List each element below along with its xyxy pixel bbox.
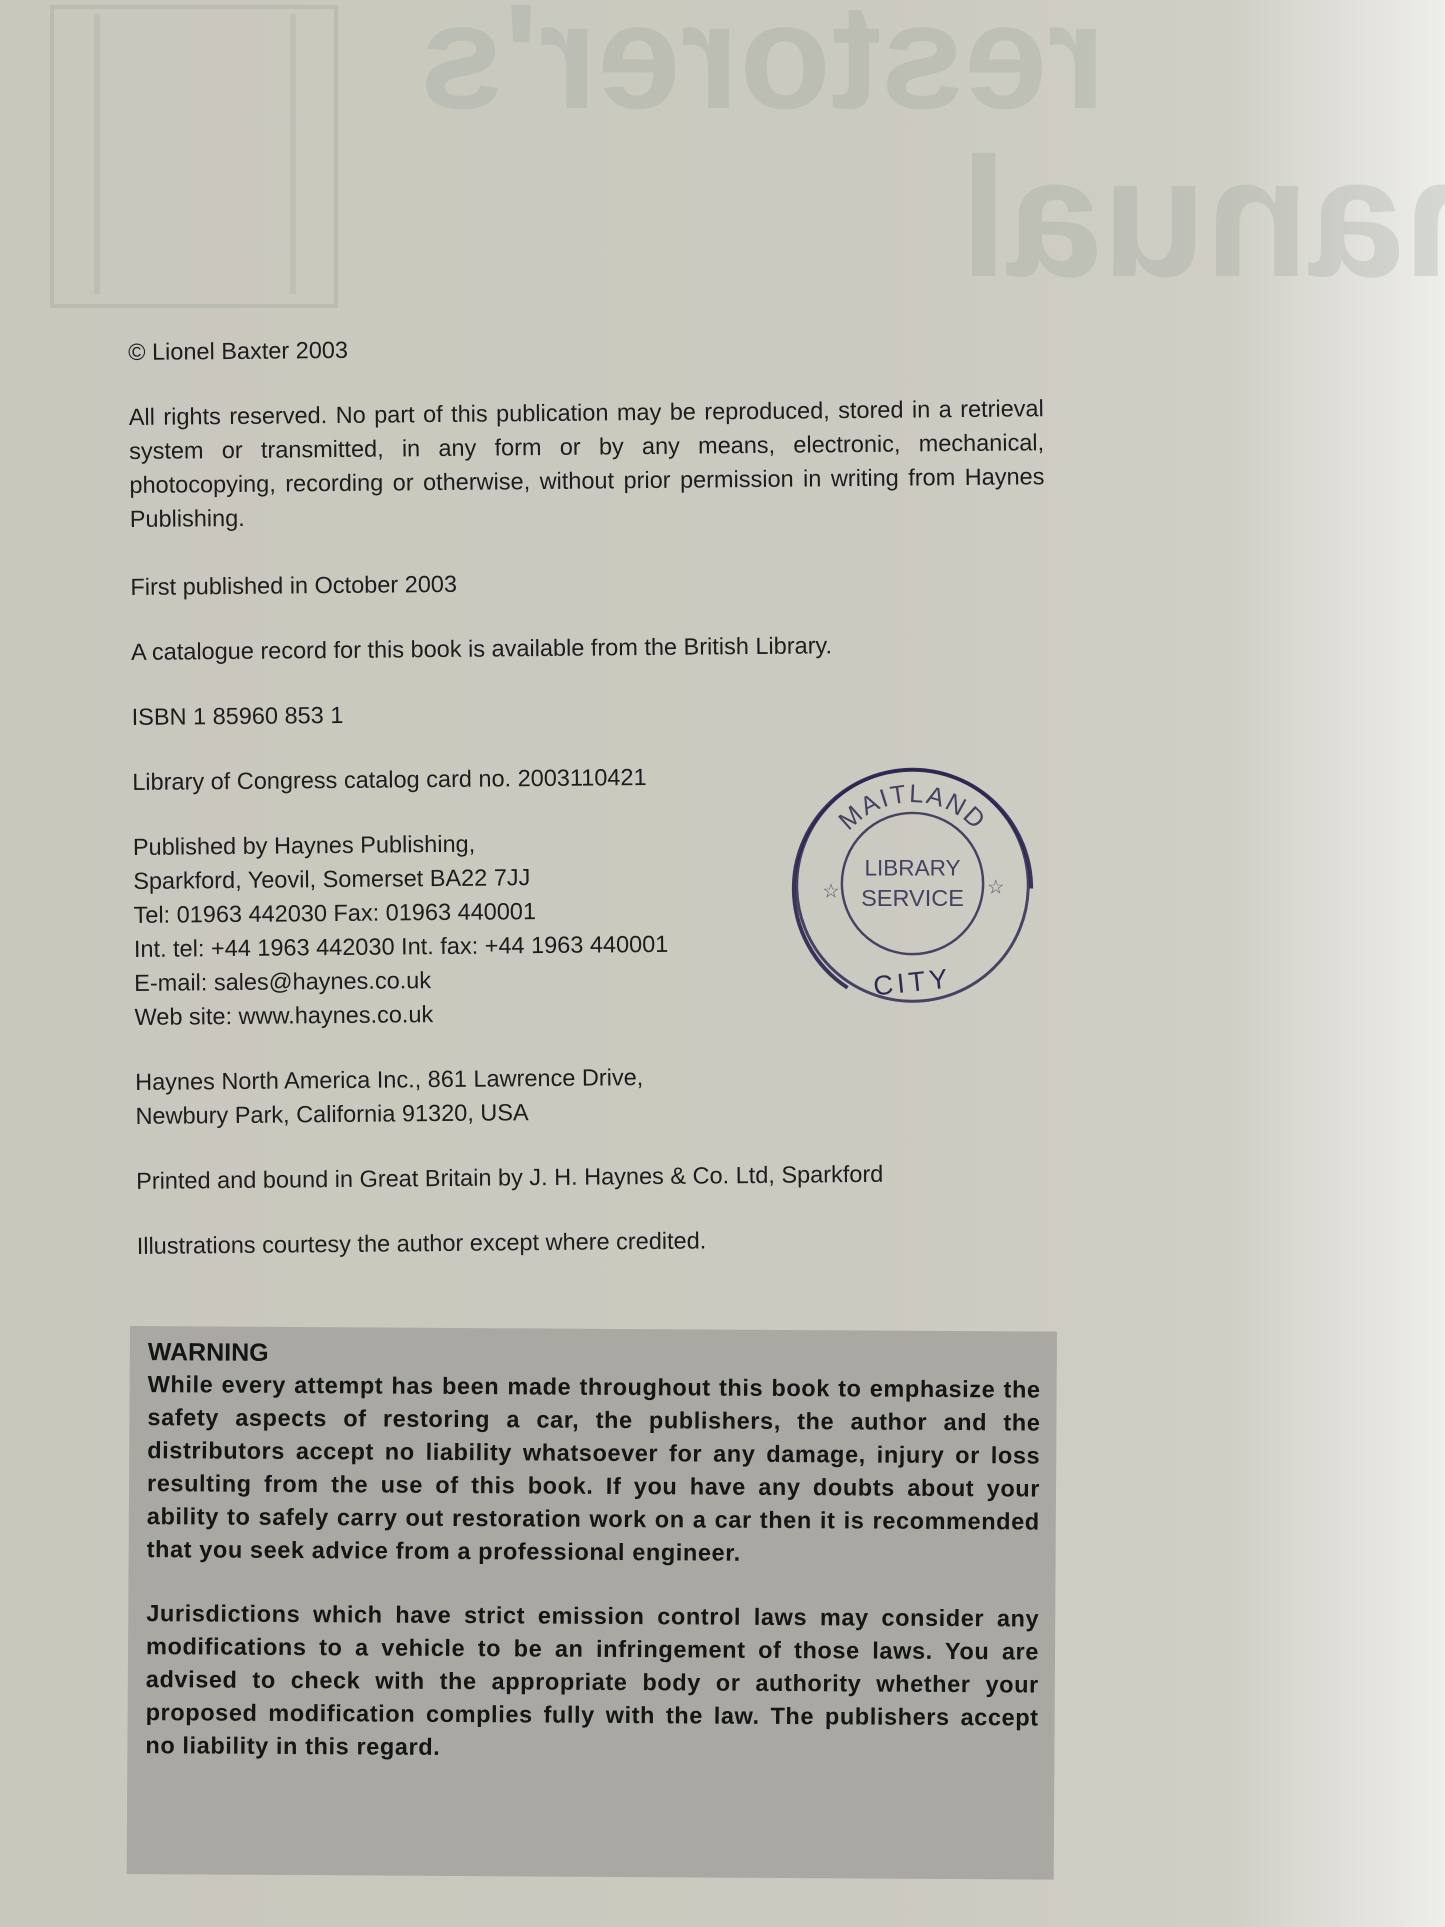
- first-published-line: First published in October 2003: [130, 561, 1045, 604]
- showthrough-title-line-2: manual: [960, 120, 1445, 316]
- warning-box: WARNING While every attempt has been mad…: [127, 1326, 1057, 1880]
- stamp-star-left-icon: ☆: [822, 880, 840, 902]
- warning-content: WARNING While every attempt has been mad…: [145, 1336, 1041, 1798]
- stamp-center-line-2: SERVICE: [861, 885, 964, 911]
- isbn-line: ISBN 1 85960 853 1: [132, 691, 1047, 734]
- stamp-bottom-text: CITY: [872, 962, 953, 1001]
- library-stamp-graphic: MAITLAND LIBRARY SERVICE CITY ☆ ☆: [785, 758, 1040, 1013]
- copyright-line: © Lionel Baxter 2003: [128, 326, 1043, 369]
- north-america-address-block: Haynes North America Inc., 861 Lawrence …: [135, 1056, 1051, 1133]
- catalogue-record-line: A catalogue record for this book is avai…: [131, 626, 1046, 669]
- illustrations-credit-line: Illustrations courtesy the author except…: [137, 1220, 1052, 1263]
- library-stamp: MAITLAND LIBRARY SERVICE CITY ☆ ☆: [785, 758, 1040, 1013]
- showthrough-image-frame: [50, 5, 338, 308]
- warning-paragraph-emissions: Jurisdictions which have strict emission…: [145, 1597, 1039, 1767]
- stamp-center-line-1: LIBRARY: [864, 856, 960, 881]
- rights-reserved-notice: All rights reserved. No part of this pub…: [129, 391, 1045, 536]
- svg-text:MAITLAND: MAITLAND: [834, 780, 992, 836]
- showthrough-image-inner: [94, 14, 296, 294]
- stamp-top-text: MAITLAND: [834, 780, 992, 836]
- warning-paragraph-safety: While every attempt has been made throug…: [147, 1368, 1041, 1571]
- printed-by-line: Printed and bound in Great Britain by J.…: [136, 1155, 1051, 1198]
- stamp-star-right-icon: ☆: [987, 876, 1005, 898]
